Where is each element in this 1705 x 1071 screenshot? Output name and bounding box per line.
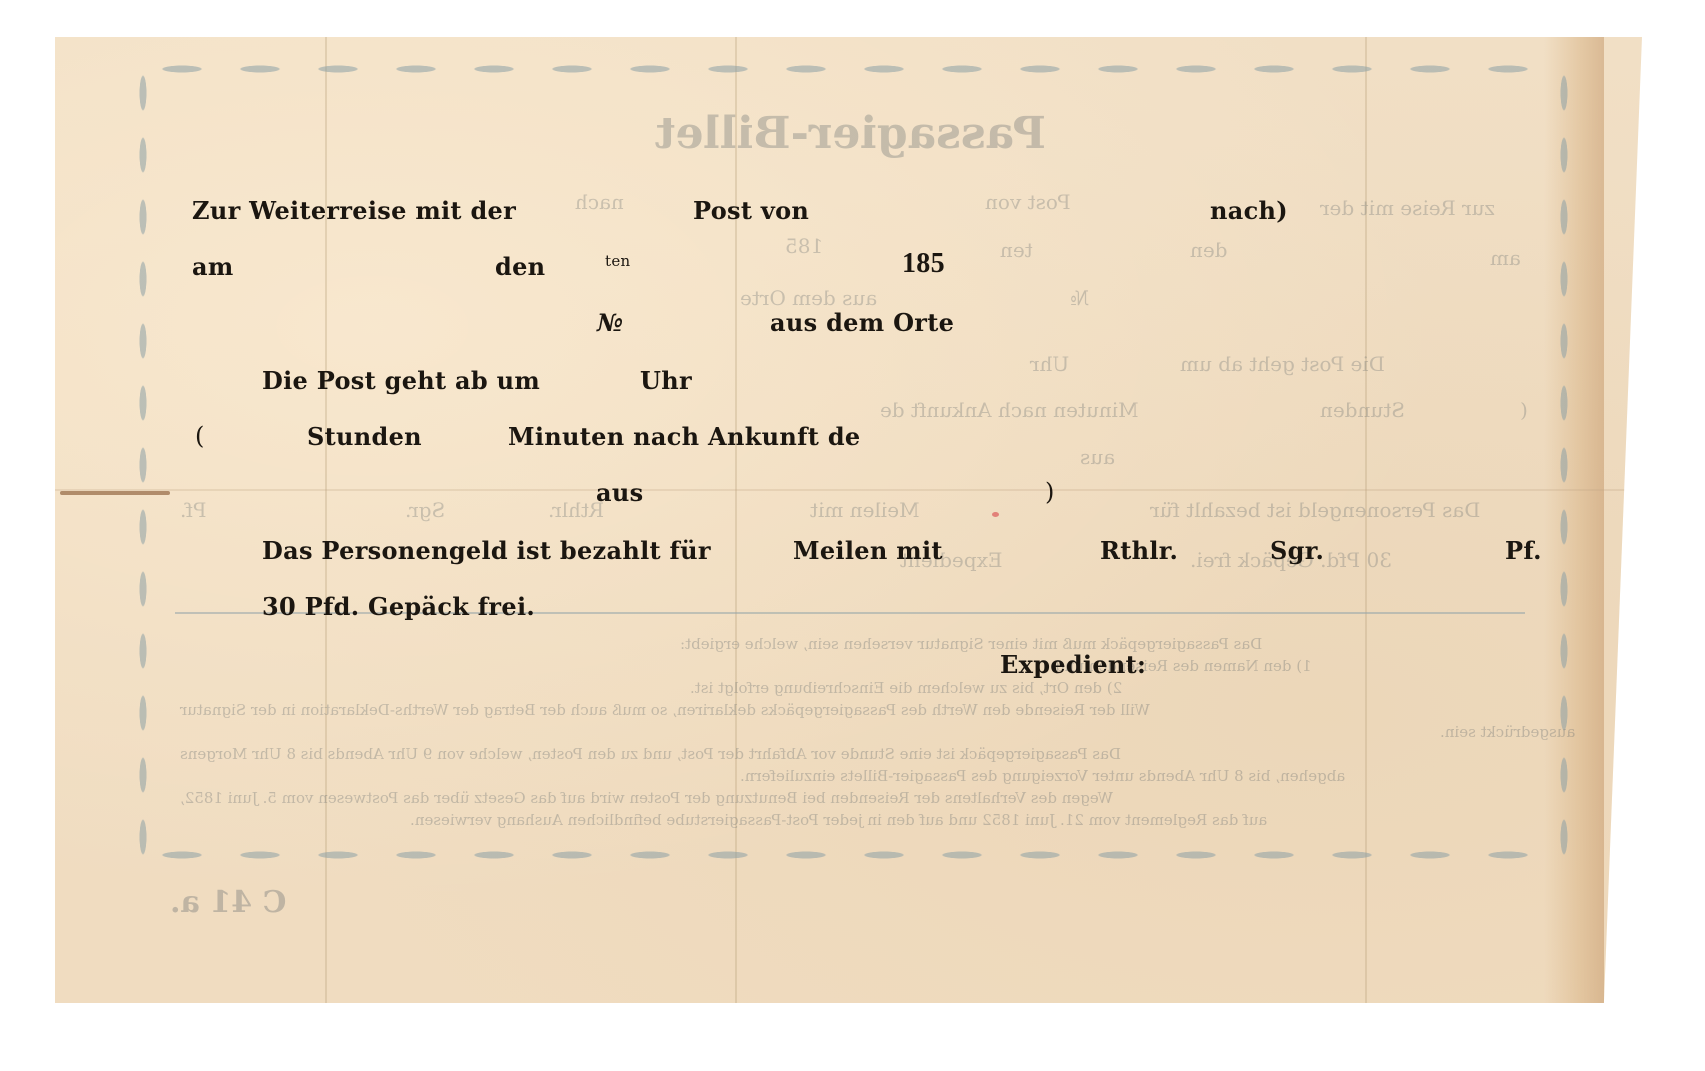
ghost-text: Das Personengeld ist bezahlt für: [1150, 498, 1480, 522]
open-paren: (: [195, 422, 205, 450]
label-post-departs: Die Post geht ab um: [262, 366, 540, 395]
ghost-text: nach: [575, 190, 624, 214]
ghost-title: Passagier-Billet: [655, 108, 1046, 159]
ghost-fine-print: Wegen des Verhaltens der Reisenden bei B…: [180, 789, 1113, 807]
label-number-sign: №: [597, 308, 623, 337]
label-uhr: Uhr: [640, 366, 692, 395]
label-den: den: [495, 252, 545, 281]
label-pf: Pf.: [1505, 536, 1542, 565]
label-baggage-allowance: 30 Pfd. Gepäck frei.: [262, 592, 535, 621]
form-number: C 41 a.: [170, 885, 286, 920]
label-year: 185: [902, 248, 945, 280]
ghost-text: Stunden: [1320, 398, 1405, 422]
ghost-fine-print: Das Passagiergepäck muß mit einer Signat…: [680, 635, 1262, 653]
label-sgr: Sgr.: [1270, 536, 1324, 565]
ghost-text: den: [1190, 238, 1228, 262]
close-paren: ): [1045, 478, 1055, 506]
label-ten: ten: [605, 252, 630, 270]
ornamental-border-top: [143, 62, 1563, 76]
ornamental-border-right: [1557, 62, 1571, 862]
ghost-text: Die Post geht ab um: [1180, 352, 1385, 376]
ghost-text: aus: [1080, 445, 1115, 469]
ghost-fine-print: abgehen, bis 8 Uhr Abends unter Vorzeigu…: [740, 767, 1345, 785]
ghost-text: ten: [1000, 238, 1033, 262]
label-meilen-mit: Meilen mit: [793, 536, 943, 565]
ghost-fine-print: 2) den Ort, bis zu welchem die Einschrei…: [690, 679, 1122, 697]
label-post-von: Post von: [693, 196, 809, 225]
ghost-fine-print: Will der Reisende den Werth des Passagie…: [180, 701, 1150, 719]
ghost-text: (: [1520, 398, 1528, 422]
ghost-text: Uhr: [1030, 352, 1069, 376]
ghost-text: zur Reise mit der: [1320, 196, 1495, 220]
label-nach: nach): [1210, 196, 1288, 225]
ornamental-border-left: [136, 62, 150, 862]
ghost-text: Minuten nach Ankunft de: [880, 398, 1139, 422]
label-personengeld: Das Personengeld ist bezahlt für: [262, 536, 711, 565]
label-expedient: Expedient:: [1000, 650, 1146, 679]
label-minuten-nach-ankunft: Minuten nach Ankunft de: [508, 422, 860, 451]
label-stunden: Stunden: [307, 422, 422, 451]
ghost-text: Meilen mit: [810, 498, 920, 522]
fold-line: [55, 489, 1642, 491]
ghost-text: Post von: [985, 190, 1071, 214]
label-zur-weiterreise: Zur Weiterreise mit der: [192, 196, 516, 225]
ghost-text: 185: [785, 234, 823, 258]
ghost-text: Sgr.: [405, 498, 445, 522]
red-mark: [992, 512, 999, 517]
ghost-text: am: [1490, 246, 1521, 270]
label-rthlr: Rthlr.: [1100, 536, 1178, 565]
ghost-fine-print: auf das Reglement vom 21. Juni 1852 und …: [410, 811, 1267, 829]
ghost-fine-print: ausgedrückt sein.: [1440, 723, 1575, 741]
label-aus-dem-orte: aus dem Orte: [770, 308, 954, 337]
ghost-text: aus dem Orte: [740, 286, 877, 310]
label-am: am: [192, 252, 234, 281]
ornamental-border-bottom: [143, 848, 1563, 862]
label-aus: aus: [596, 478, 643, 507]
ghost-text: Pf.: [180, 498, 207, 522]
ghost-fine-print: Das Passagiergepäck ist eine Stunde vor …: [180, 745, 1121, 763]
ink-streak: [60, 491, 170, 495]
ghost-text: №: [1070, 286, 1089, 310]
